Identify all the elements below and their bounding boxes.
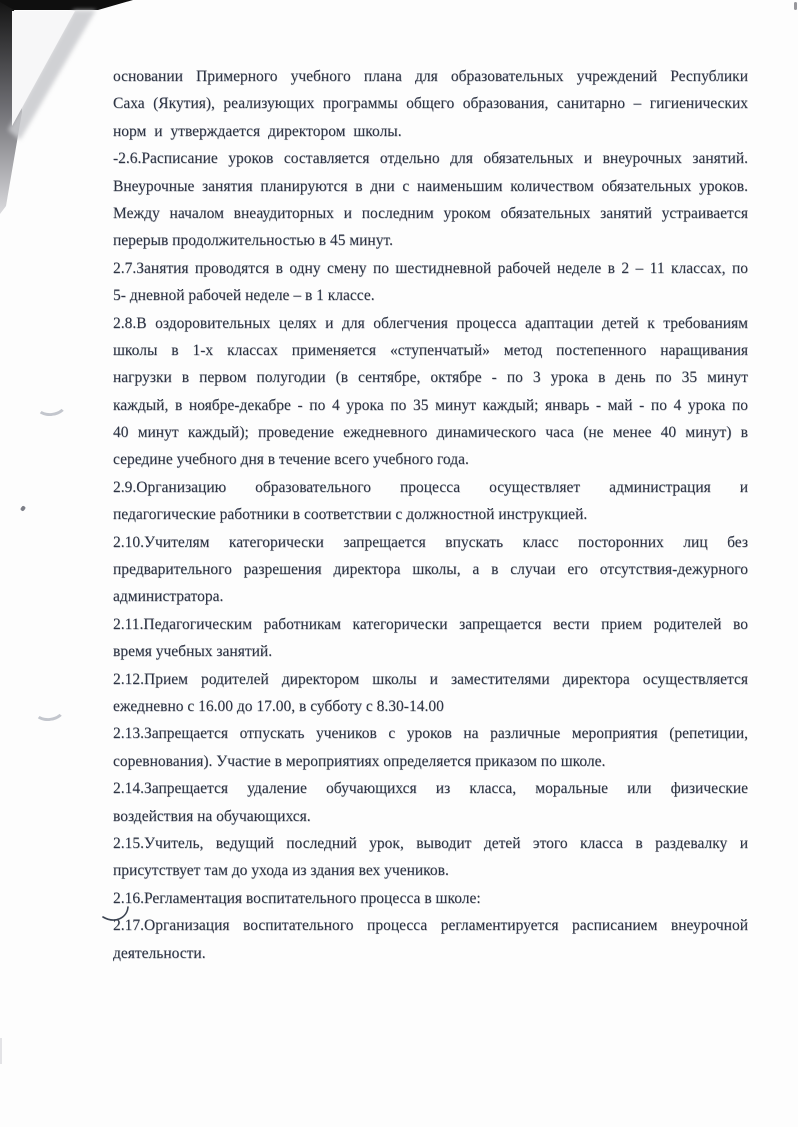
- text-line: каждый, в ноябре-декабре - по 4 урока по…: [113, 392, 748, 419]
- text-line: Внеурочные занятия планируются в дни с н…: [113, 173, 748, 200]
- text-line: 2.8.В оздоровительных целях и для облегч…: [113, 310, 748, 337]
- text-line: 2.17.Организация воспитательного процесс…: [113, 912, 748, 939]
- text-line: педагогические работники в соответствии …: [113, 501, 748, 528]
- text-line: норм и утверждается директором школы.: [113, 118, 748, 145]
- text-line: ежедневно с 16.00 до 17.00, в субботу с …: [113, 693, 748, 720]
- text-line: Саха (Якутия), реализующих программы общ…: [113, 90, 748, 117]
- text-line: 2.12.Прием родителей директором школы и …: [113, 666, 748, 693]
- paragraph: 2.7.Занятия проводятся в одну смену по ш…: [113, 255, 748, 310]
- text-line: 2.10.Учителям категорически запрещается …: [113, 529, 748, 556]
- paragraph: 2.16.Регламентация воспитательного проце…: [113, 885, 748, 912]
- scan-edge-mark: [794, 2, 797, 10]
- scan-edge-shadow: [0, 1038, 2, 1064]
- text-line: 2.14.Запрещается удаление обучающихся из…: [113, 775, 748, 802]
- text-line: 2.15.Учитель, ведущий последний урок, вы…: [113, 830, 748, 857]
- text-line: предварительного разрешения директора шк…: [113, 556, 748, 583]
- text-line: середине учебного дня в течение всего уч…: [113, 446, 748, 473]
- paragraph: 2.9.Организацию образовательного процесс…: [113, 474, 748, 529]
- paragraph: 2.14.Запрещается удаление обучающихся из…: [113, 775, 748, 830]
- ink-speck: [20, 505, 26, 511]
- text-line: 2.7.Занятия проводятся в одну смену по ш…: [113, 255, 748, 282]
- text-line: 5- дневной рабочей неделе – в 1 классе.: [113, 282, 748, 309]
- text-line: присутствует там до ухода из здания вех …: [113, 857, 748, 884]
- cup-ring-mark: [34, 391, 68, 417]
- text-line: соревнования). Участие в мероприятиях оп…: [113, 748, 748, 775]
- text-line: Между началом внеаудиторных и последним …: [113, 200, 748, 227]
- paragraph: 2.13.Запрещается отпускать учеников с ур…: [113, 720, 748, 775]
- paragraph: -2.6.Расписание уроков составляется отде…: [113, 145, 748, 255]
- text-line: 2.13.Запрещается отпускать учеников с ур…: [113, 720, 748, 747]
- cup-ring-mark: [32, 696, 66, 722]
- text-line: нагрузки в первом полугодии (в сентябре,…: [113, 364, 748, 391]
- paragraph: 2.8.В оздоровительных целях и для облегч…: [113, 310, 748, 474]
- text-line: 40 минут каждый); проведение ежедневного…: [113, 419, 748, 446]
- text-line: основании Примерного учебного плана для …: [113, 63, 748, 90]
- paragraph: 2.12.Прием родителей директором школы и …: [113, 666, 748, 721]
- paragraph: 2.10.Учителям категорически запрещается …: [113, 529, 748, 611]
- paragraph: основании Примерного учебного плана для …: [113, 63, 748, 145]
- paragraph: 2.15.Учитель, ведущий последний урок, вы…: [113, 830, 748, 885]
- text-line: воздействия на обучающихся.: [113, 803, 748, 830]
- text-line: школы в 1-х классах применяется «ступенч…: [113, 337, 748, 364]
- text-line: время учебных занятий.: [113, 638, 748, 665]
- text-line: деятельности.: [113, 940, 748, 967]
- text-line: 2.11.Педагогическим работникам категорич…: [113, 611, 748, 638]
- text-line: 2.9.Организацию образовательного процесс…: [113, 474, 748, 501]
- text-block: основании Примерного учебного плана для …: [113, 63, 748, 967]
- scanned-page: основании Примерного учебного плана для …: [0, 0, 798, 1127]
- text-line: перерыв продолжительностью в 45 минут.: [113, 227, 748, 254]
- text-line: администратора.: [113, 583, 748, 610]
- paragraph: 2.11.Педагогическим работникам категорич…: [113, 611, 748, 666]
- text-line: -2.6.Расписание уроков составляется отде…: [113, 145, 748, 172]
- text-line: 2.16.Регламентация воспитательного проце…: [113, 885, 748, 912]
- paragraph: 2.17.Организация воспитательного процесс…: [113, 912, 748, 967]
